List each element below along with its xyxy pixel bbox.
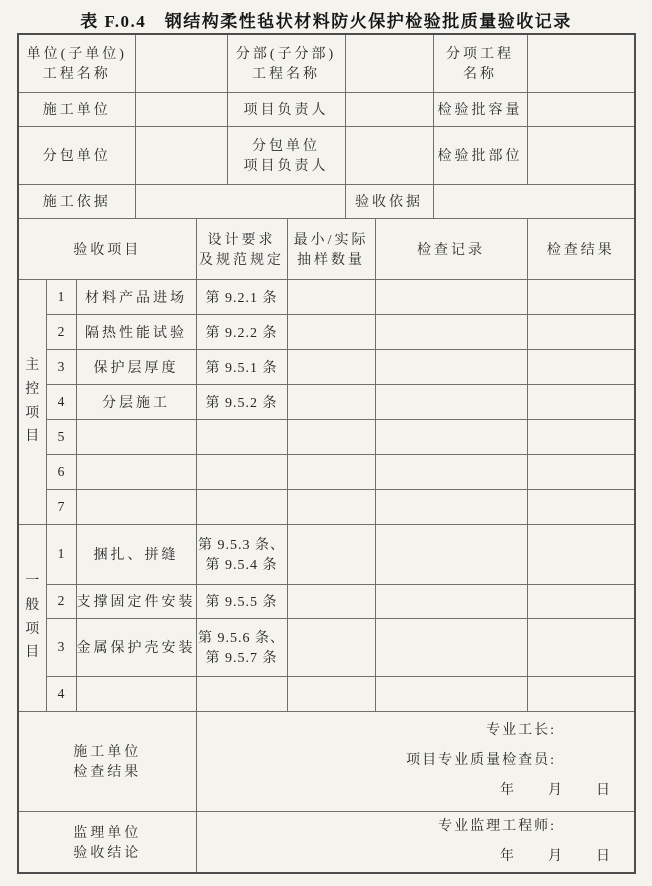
item-name[interactable] <box>76 676 196 711</box>
record-cell[interactable] <box>375 618 527 676</box>
header-result: 检查结果 <box>527 218 635 279</box>
header-sampling: 最小/实际 抽样数量 <box>287 218 375 279</box>
item-name: 支撑固定件安装 <box>76 584 196 618</box>
project-leader-value-cell[interactable] <box>345 92 433 126</box>
requirement-ref[interactable] <box>196 676 287 711</box>
item-name[interactable] <box>76 419 196 454</box>
construction-basis-label: 施工依据 <box>18 184 135 218</box>
sampling-cell[interactable] <box>287 489 375 524</box>
main-item-row: 7 <box>18 489 635 524</box>
sampling-cell[interactable] <box>287 454 375 489</box>
requirement-ref: 第 9.5.2 条 <box>196 384 287 419</box>
batch-capacity-value-cell[interactable] <box>527 92 635 126</box>
row-number: 4 <box>46 676 76 711</box>
item-name: 捆扎、拼缝 <box>76 524 196 584</box>
requirement-ref: 第 9.5.1 条 <box>196 349 287 384</box>
sampling-cell[interactable] <box>287 524 375 584</box>
requirement-ref[interactable] <box>196 419 287 454</box>
item-name: 隔热性能试验 <box>76 314 196 349</box>
row-number: 4 <box>46 384 76 419</box>
supervisor-conclusion-row: 监理单位 验收结论 专业监理工程师: 年 月 日 <box>18 811 635 873</box>
constructor-result-label: 施工单位 检查结果 <box>18 711 196 811</box>
construction-unit-value-cell[interactable] <box>135 92 227 126</box>
info-row-construction-unit: 施工单位 项目负责人 检验批容量 <box>18 92 635 126</box>
sampling-cell[interactable] <box>287 676 375 711</box>
requirement-ref[interactable] <box>196 454 287 489</box>
general-item-row: 4 <box>18 676 635 711</box>
requirement-ref[interactable] <box>196 489 287 524</box>
general-item-row: 3 金属保护壳安装 第 9.5.6 条、 第 9.5.7 条 <box>18 618 635 676</box>
item-name: 金属保护壳安装 <box>76 618 196 676</box>
result-cell[interactable] <box>527 454 635 489</box>
sampling-cell[interactable] <box>287 314 375 349</box>
acceptance-record-table: 单位(子单位) 工程名称 分部(子分部) 工程名称 分项工程 名称 施工单位 项… <box>17 33 636 874</box>
info-row-basis: 施工依据 验收依据 <box>18 184 635 218</box>
header-item: 验收项目 <box>18 218 196 279</box>
main-item-row: 6 <box>18 454 635 489</box>
requirement-ref: 第 9.5.6 条、 第 9.5.7 条 <box>196 618 287 676</box>
supervisor-signature-cell[interactable]: 专业监理工程师: 年 月 日 <box>196 811 635 873</box>
subcontractor-leader-value-cell[interactable] <box>345 126 433 184</box>
row-number: 2 <box>46 314 76 349</box>
record-cell[interactable] <box>375 384 527 419</box>
unit-project-value-cell[interactable] <box>135 34 227 92</box>
result-cell[interactable] <box>527 584 635 618</box>
subcontractor-label: 分包单位 <box>18 126 135 184</box>
item-name[interactable] <box>76 489 196 524</box>
record-cell[interactable] <box>375 314 527 349</box>
result-cell[interactable] <box>527 489 635 524</box>
row-number: 1 <box>46 279 76 314</box>
acceptance-basis-value-cell[interactable] <box>433 184 635 218</box>
subcontractor-value-cell[interactable] <box>135 126 227 184</box>
construction-basis-value-cell[interactable] <box>135 184 345 218</box>
general-section-label: 一般项目 <box>18 524 46 711</box>
unit-project-label: 单位(子单位) 工程名称 <box>18 34 135 92</box>
sub-project-value-cell[interactable] <box>527 34 635 92</box>
batch-capacity-label: 检验批容量 <box>433 92 527 126</box>
result-cell[interactable] <box>527 419 635 454</box>
requirement-ref: 第 9.5.3 条、 第 9.5.4 条 <box>196 524 287 584</box>
info-row-subcontractor: 分包单位 分包单位 项目负责人 检验批部位 <box>18 126 635 184</box>
record-cell[interactable] <box>375 676 527 711</box>
sampling-cell[interactable] <box>287 618 375 676</box>
record-cell[interactable] <box>375 584 527 618</box>
supervisor-engineer-sign-line[interactable]: 专业监理工程师: <box>438 812 556 842</box>
result-cell[interactable] <box>527 384 635 419</box>
constructor-signature-cell[interactable]: 专业工长: 项目专业质量检查员: 年 月 日 <box>196 711 635 811</box>
item-name: 保护层厚度 <box>76 349 196 384</box>
quality-inspector-sign-line[interactable]: 项目专业质量检查员: <box>406 746 556 776</box>
row-number: 3 <box>46 618 76 676</box>
project-leader-label: 项目负责人 <box>227 92 345 126</box>
batch-location-label: 检验批部位 <box>433 126 527 184</box>
constructor-date-line[interactable]: 年 月 日 <box>500 776 612 806</box>
record-cell[interactable] <box>375 279 527 314</box>
row-number: 6 <box>46 454 76 489</box>
header-requirement: 设计要求 及规范规定 <box>196 218 287 279</box>
construction-unit-label: 施工单位 <box>18 92 135 126</box>
sampling-cell[interactable] <box>287 349 375 384</box>
result-cell[interactable] <box>527 618 635 676</box>
division-project-value-cell[interactable] <box>345 34 433 92</box>
subcontractor-leader-label: 分包单位 项目负责人 <box>227 126 345 184</box>
general-item-row: 2 支撑固定件安装 第 9.5.5 条 <box>18 584 635 618</box>
row-number: 7 <box>46 489 76 524</box>
record-cell[interactable] <box>375 489 527 524</box>
sampling-cell[interactable] <box>287 384 375 419</box>
row-number: 5 <box>46 419 76 454</box>
result-cell[interactable] <box>527 349 635 384</box>
result-cell[interactable] <box>527 279 635 314</box>
sampling-cell[interactable] <box>287 584 375 618</box>
main-item-row: 主控项目 1 材料产品进场 第 9.2.1 条 <box>18 279 635 314</box>
sampling-cell[interactable] <box>287 279 375 314</box>
item-name[interactable] <box>76 454 196 489</box>
header-record: 检查记录 <box>375 218 527 279</box>
result-cell[interactable] <box>527 314 635 349</box>
result-cell[interactable] <box>527 676 635 711</box>
main-item-row: 4 分层施工 第 9.5.2 条 <box>18 384 635 419</box>
foreman-sign-line[interactable]: 专业工长: <box>486 716 556 746</box>
main-item-row: 2 隔热性能试验 第 9.2.2 条 <box>18 314 635 349</box>
record-cell[interactable] <box>375 524 527 584</box>
general-item-row: 一般项目 1 捆扎、拼缝 第 9.5.3 条、 第 9.5.4 条 <box>18 524 635 584</box>
acceptance-basis-label: 验收依据 <box>345 184 433 218</box>
result-cell[interactable] <box>527 524 635 584</box>
page-title: 表 F.0.4 钢结构柔性毡状材料防火保护检验批质量验收记录 <box>0 0 652 33</box>
record-cell[interactable] <box>375 454 527 489</box>
main-item-row: 3 保护层厚度 第 9.5.1 条 <box>18 349 635 384</box>
constructor-result-row: 施工单位 检查结果 专业工长: 项目专业质量检查员: 年 月 日 <box>18 711 635 811</box>
main-item-row: 5 <box>18 419 635 454</box>
sampling-cell[interactable] <box>287 419 375 454</box>
requirement-ref: 第 9.2.1 条 <box>196 279 287 314</box>
division-project-label: 分部(子分部) 工程名称 <box>227 34 345 92</box>
item-name: 材料产品进场 <box>76 279 196 314</box>
record-cell[interactable] <box>375 349 527 384</box>
row-number: 3 <box>46 349 76 384</box>
supervisor-date-line[interactable]: 年 月 日 <box>500 842 612 872</box>
batch-location-value-cell[interactable] <box>527 126 635 184</box>
requirement-ref: 第 9.5.5 条 <box>196 584 287 618</box>
supervisor-conclusion-label: 监理单位 验收结论 <box>18 811 196 873</box>
requirement-ref: 第 9.2.2 条 <box>196 314 287 349</box>
main-section-label: 主控项目 <box>18 279 46 524</box>
row-number: 2 <box>46 584 76 618</box>
sub-project-label: 分项工程 名称 <box>433 34 527 92</box>
row-number: 1 <box>46 524 76 584</box>
item-name: 分层施工 <box>76 384 196 419</box>
record-cell[interactable] <box>375 419 527 454</box>
inspection-header-row: 验收项目 设计要求 及规范规定 最小/实际 抽样数量 检查记录 检查结果 <box>18 218 635 279</box>
info-row-project-names: 单位(子单位) 工程名称 分部(子分部) 工程名称 分项工程 名称 <box>18 34 635 92</box>
